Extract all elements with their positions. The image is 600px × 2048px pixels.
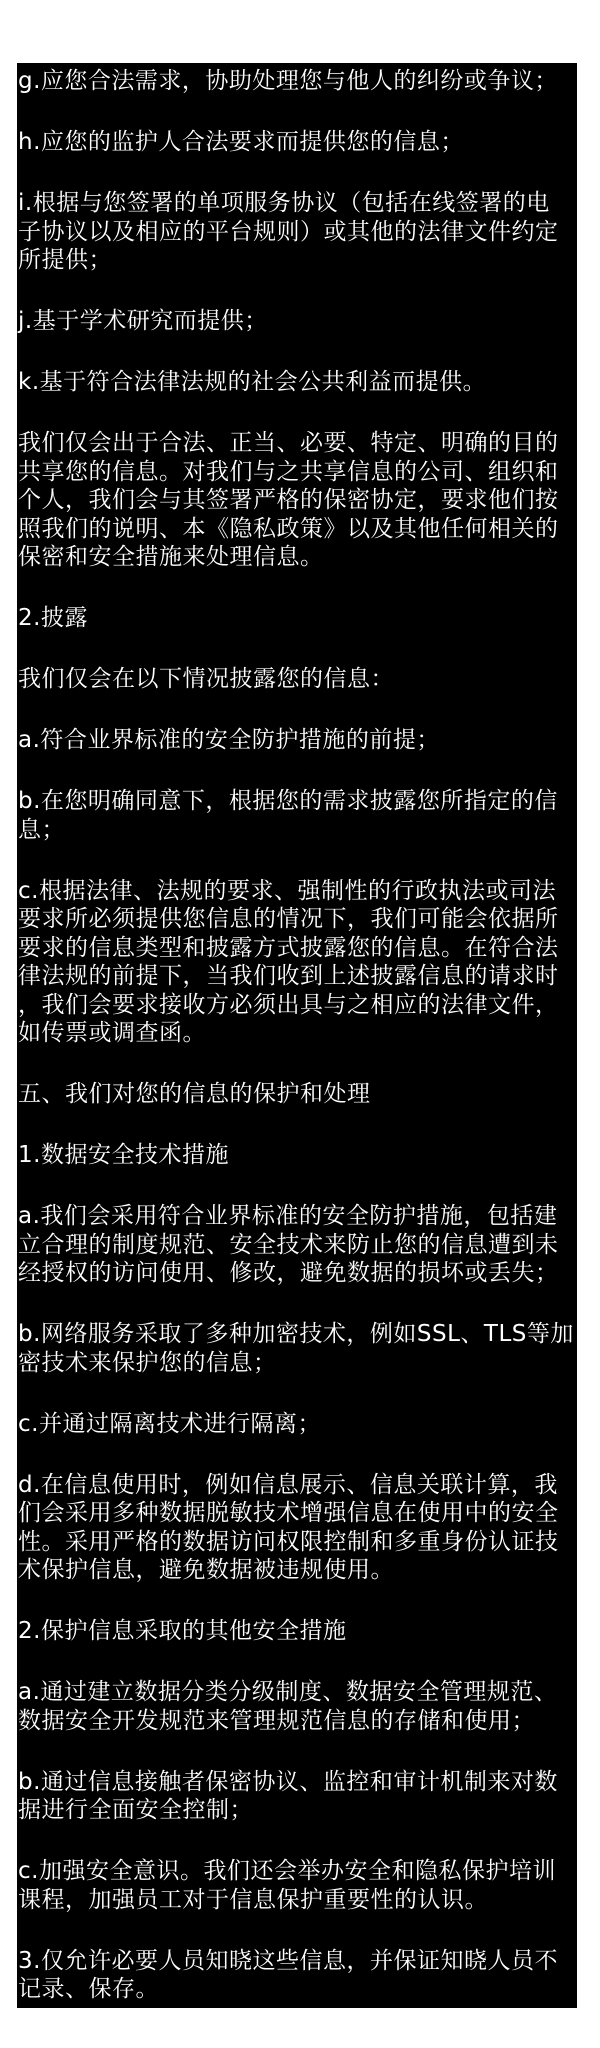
text-line: 记录、保存。 — [18, 1975, 577, 2004]
paragraph-sharing-principle: 我们仅会出于合法、正当、必要、特定、明确的目的 共享您的信息。对我们与之共享信息… — [18, 429, 577, 572]
heading-tech-measures: 1.数据安全技术措施 — [18, 1141, 577, 1170]
heading-disclosure: 2.披露 — [18, 604, 577, 633]
text-line: 保密和安全措施来处理信息。 — [18, 543, 577, 572]
text-line: 息； — [18, 816, 577, 845]
paragraph-other-b: b.通过信息接触者保密协议、监控和审计机制来对数 据进行全面安全控制； — [18, 1768, 577, 1825]
heading-text: 1.数据安全技术措施 — [18, 1141, 577, 1170]
text-line: 照我们的说明、本《隐私政策》以及其他任何相关的 — [18, 515, 577, 544]
text-line: 要求所必须提供您信息的情况下，我们可能会依据所 — [18, 905, 577, 934]
text-line: c.并通过隔离技术进行隔离； — [18, 1410, 577, 1439]
paragraph-tech-d: d.在信息使用时，例如信息展示、信息关联计算，我 们会采用多种数据脱敏技术增强信… — [18, 1471, 577, 1585]
text-line: 律法规的前提下，当我们收到上述披露信息的请求时 — [18, 962, 577, 991]
text-line: 要求的信息类型和披露方式披露您的信息。在符合法 — [18, 934, 577, 963]
paragraph-disclosure-b: b.在您明确同意下，根据您的需求披露您所指定的信 息； — [18, 787, 577, 844]
paragraph-item-3: 3.仅允许必要人员知晓这些信息，并保证知晓人员不 记录、保存。 — [18, 1947, 577, 2004]
text-line: g.应您合法需求，协助处理您与他人的纠纷或争议； — [18, 67, 577, 96]
text-line: b.网络服务采取了多种加密技术，例如SSL、TLS等加 — [18, 1320, 577, 1349]
text-line: i.根据与您签署的单项服务协议（包括在线签署的电 — [18, 189, 577, 218]
text-line: ，我们会要求接收方必须出具与之相应的法律文件， — [18, 991, 577, 1020]
heading-text: 2.保护信息采取的其他安全措施 — [18, 1617, 577, 1646]
paragraph-tech-a: a.我们会采用符合业界标准的安全防护措施，包括建 立合理的制度规范、安全技术来防… — [18, 1202, 577, 1288]
paragraph-disclosure-a: a.符合业界标准的安全防护措施的前提； — [18, 726, 577, 755]
paragraph-item-j: j.基于学术研究而提供； — [18, 307, 577, 336]
paragraph-disclosure-intro: 我们仅会在以下情况披露您的信息： — [18, 665, 577, 694]
text-line: a.符合业界标准的安全防护措施的前提； — [18, 726, 577, 755]
section-5-heading: 五、我们对您的信息的保护和处理 — [18, 1080, 577, 1109]
paragraph-disclosure-c: c.根据法律、法规的要求、强制性的行政执法或司法 要求所必须提供您信息的情况下，… — [18, 877, 577, 1048]
paragraph-other-c: c.加强安全意识。我们还会举办安全和隐私保护培训 课程，加强员工对于信息保护重要… — [18, 1857, 577, 1914]
heading-text: 五、我们对您的信息的保护和处理 — [18, 1080, 577, 1109]
text-line: 密技术来保护您的信息； — [18, 1349, 577, 1378]
text-line: 共享您的信息。对我们与之共享信息的公司、组织和 — [18, 458, 577, 487]
text-line: 子协议以及相应的平台规则）或其他的法律文件约定 — [18, 218, 577, 247]
text-line: d.在信息使用时，例如信息展示、信息关联计算，我 — [18, 1471, 577, 1500]
text-line: 如传票或调查函。 — [18, 1019, 577, 1048]
paragraph-item-i: i.根据与您签署的单项服务协议（包括在线签署的电 子协议以及相应的平台规则）或其… — [18, 189, 577, 275]
text-line: 性。采用严格的数据访问权限控制和多重身份认证技 — [18, 1528, 577, 1557]
text-line: 经授权的访问使用、修改，避免数据的损坏或丢失； — [18, 1259, 577, 1288]
paragraph-tech-c: c.并通过隔离技术进行隔离； — [18, 1410, 577, 1439]
text-line: a.我们会采用符合业界标准的安全防护措施，包括建 — [18, 1202, 577, 1231]
text-line: 课程，加强员工对于信息保护重要性的认识。 — [18, 1886, 577, 1915]
text-line: b.在您明确同意下，根据您的需求披露您所指定的信 — [18, 787, 577, 816]
text-line: 术保护信息，避免数据被违规使用。 — [18, 1556, 577, 1585]
text-line: 据进行全面安全控制； — [18, 1796, 577, 1825]
paragraph-tech-b: b.网络服务采取了多种加密技术，例如SSL、TLS等加 密技术来保护您的信息； — [18, 1320, 577, 1377]
text-line: k.基于符合法律法规的社会公共利益而提供。 — [18, 368, 577, 397]
text-line: h.应您的监护人合法要求而提供您的信息； — [18, 128, 577, 157]
text-line: c.根据法律、法规的要求、强制性的行政执法或司法 — [18, 877, 577, 906]
text-line: 我们仅会出于合法、正当、必要、特定、明确的目的 — [18, 429, 577, 458]
text-line: c.加强安全意识。我们还会举办安全和隐私保护培训 — [18, 1857, 577, 1886]
text-line: j.基于学术研究而提供； — [18, 307, 577, 336]
text-line: b.通过信息接触者保密协议、监控和审计机制来对数 — [18, 1768, 577, 1797]
heading-text: 2.披露 — [18, 604, 577, 633]
paragraph-item-h: h.应您的监护人合法要求而提供您的信息； — [18, 128, 577, 157]
text-line: 我们仅会在以下情况披露您的信息： — [18, 665, 577, 694]
text-line: 所提供； — [18, 246, 577, 275]
paragraph-item-k: k.基于符合法律法规的社会公共利益而提供。 — [18, 368, 577, 397]
privacy-policy-document: g.应您合法需求，协助处理您与他人的纠纷或争议； h.应您的监护人合法要求而提供… — [17, 63, 577, 2008]
text-line: 立合理的制度规范、安全技术来防止您的信息遭到未 — [18, 1231, 577, 1260]
text-line: 数据安全开发规范来管理规范信息的存储和使用； — [18, 1707, 577, 1736]
paragraph-item-g: g.应您合法需求，协助处理您与他人的纠纷或争议； — [18, 67, 577, 96]
text-line: 3.仅允许必要人员知晓这些信息，并保证知晓人员不 — [18, 1947, 577, 1976]
text-line: 个人，我们会与其签署严格的保密协定，要求他们按 — [18, 486, 577, 515]
text-line: a.通过建立数据分类分级制度、数据安全管理规范、 — [18, 1678, 577, 1707]
heading-other-measures: 2.保护信息采取的其他安全措施 — [18, 1617, 577, 1646]
text-line: 们会采用多种数据脱敏技术增强信息在使用中的安全 — [18, 1499, 577, 1528]
paragraph-other-a: a.通过建立数据分类分级制度、数据安全管理规范、 数据安全开发规范来管理规范信息… — [18, 1678, 577, 1735]
